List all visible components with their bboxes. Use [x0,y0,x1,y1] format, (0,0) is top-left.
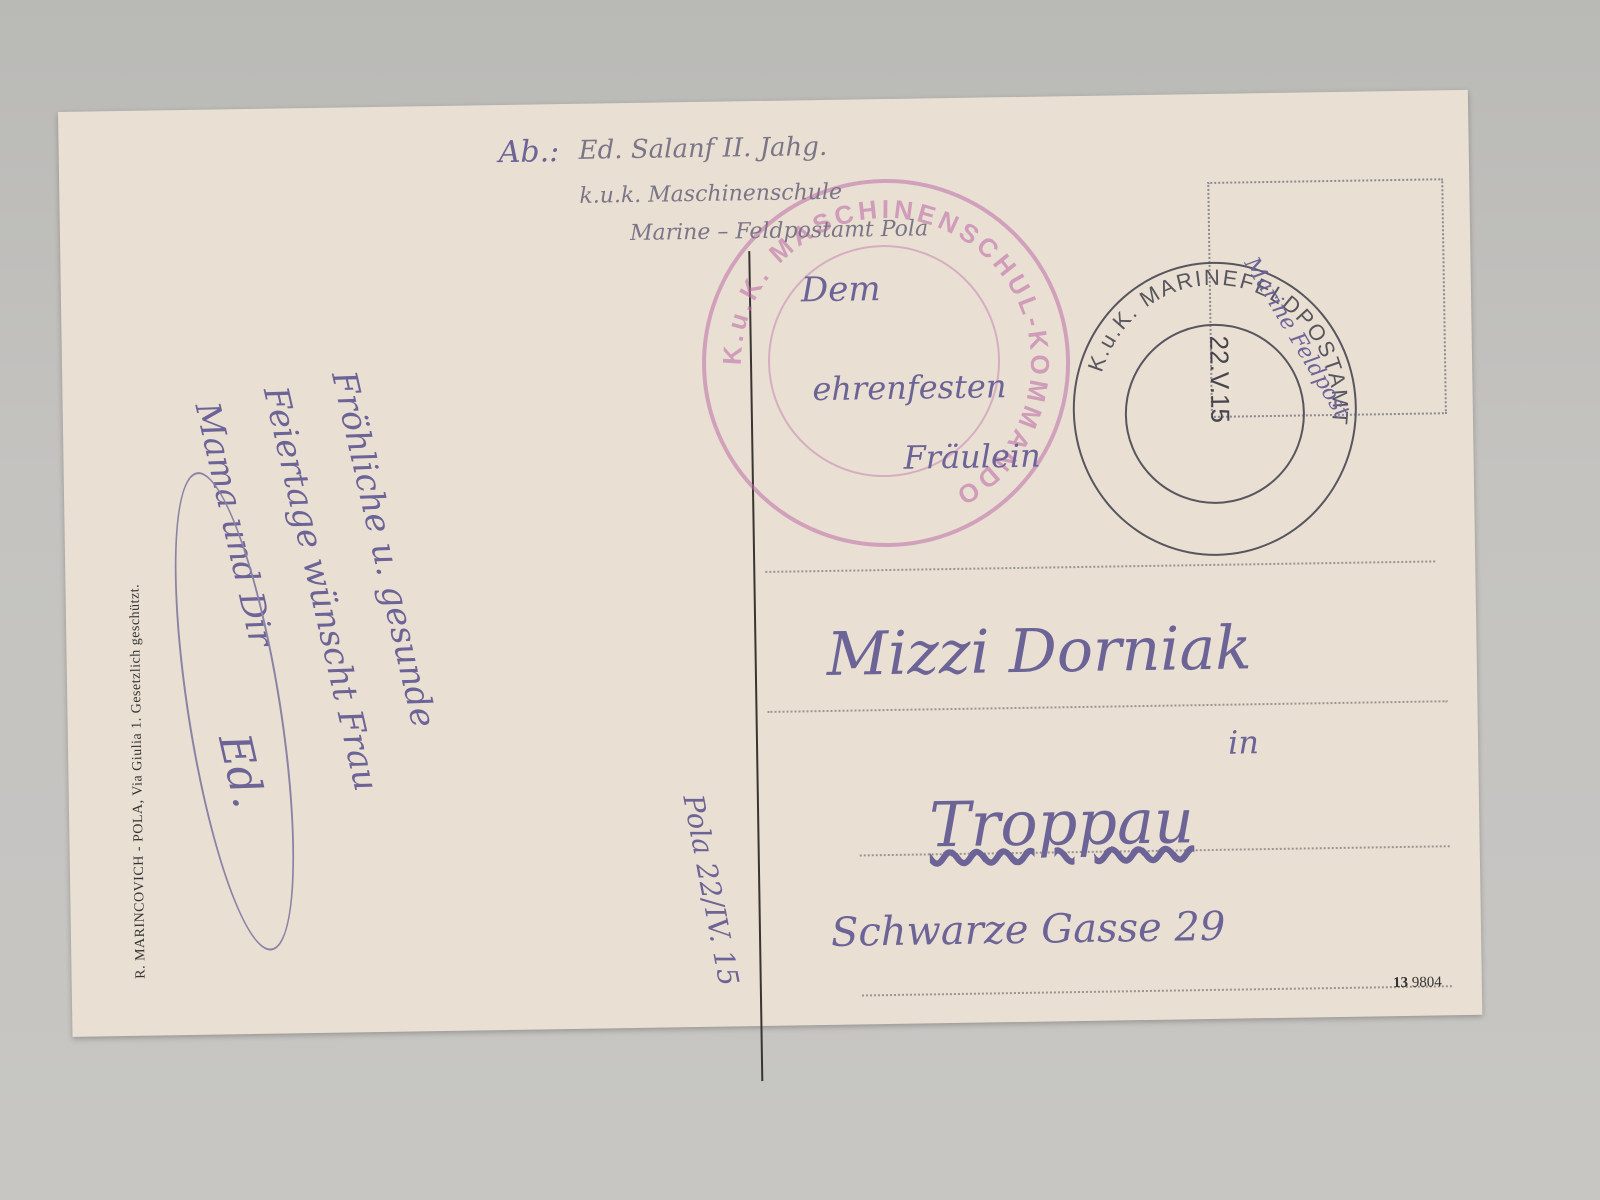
recipient-street: Schwarze Gasse 29 [831,904,1226,956]
sender-line-1: Ed. Salanf II. Jahg. [578,132,827,166]
recipient-title-2: Fräulein [903,437,1041,477]
postmark: K.u.K. MARINEFELDPOSTAMT 22.V.15 [1071,260,1360,558]
recipient-prep: in [1228,723,1259,761]
postmark-date: 22.V.15 [1203,304,1236,454]
address-line-1 [765,560,1435,573]
sender-line-3: Marine – Feldpostamt Pola [630,216,929,246]
place-date: Pola 22/IV. 15 [676,792,745,989]
sender-label: Ab.: [498,134,559,170]
printer-imprint: R. MARINCOVICH - POLA, Via Giulia 1. Ges… [123,299,150,979]
postcard: R. MARINCOVICH - POLA, Via Giulia 1. Ges… [58,90,1482,1037]
sender-line-2: k.u.k. Maschinenschule [579,180,842,209]
recipient-title: ehrenfesten [812,367,1007,408]
address-line-4 [862,985,1452,996]
recipient-city: Troppau [929,784,1195,861]
address-line-2 [767,700,1447,713]
catalog-number: 13 9804 [1393,974,1442,992]
recipient-name: Mizzi Dorniak [826,613,1252,690]
recipient-salutation: Dem [801,269,881,310]
